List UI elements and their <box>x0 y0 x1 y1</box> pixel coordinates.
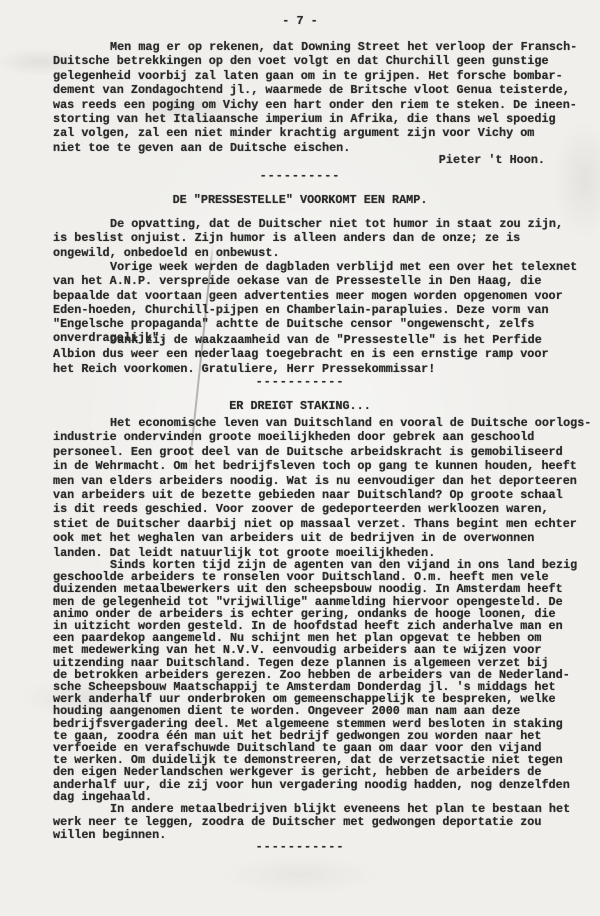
section-separator-2: ----------- <box>0 375 600 389</box>
author-signature: Pieter 't Hoon. <box>0 153 545 167</box>
heading-pressestelle: DE "PRESSESTELLE" VOORKOMT EEN RAMP. <box>0 193 600 207</box>
staking-paragraph-2: Sinds korten tijd zijn de agenten van de… <box>53 559 577 803</box>
heading-staking: ER DREIGT STAKING... <box>0 399 600 413</box>
staking-paragraph-1: Het economische leven van Duitschland en… <box>53 416 591 560</box>
vichy-article-paragraph: Men mag er op rekenen, dat Downing Stree… <box>53 40 577 155</box>
document-content: - 7 -Men mag er op rekenen, dat Downing … <box>0 0 600 916</box>
document-page: - 7 -Men mag er op rekenen, dat Downing … <box>0 0 600 916</box>
pressestelle-paragraph-3: Dank zij de waakzaamheid van de "Presses… <box>53 333 549 376</box>
pressestelle-paragraph-1: De opvatting, dat de Duitscher niet tot … <box>53 217 563 260</box>
section-separator-3: ----------- <box>0 840 600 854</box>
page-number: - 7 - <box>0 14 600 28</box>
staking-paragraph-3: In andere metaalbedrijven blijkt eveneen… <box>53 803 570 841</box>
section-separator-1: ---------- <box>0 169 600 183</box>
